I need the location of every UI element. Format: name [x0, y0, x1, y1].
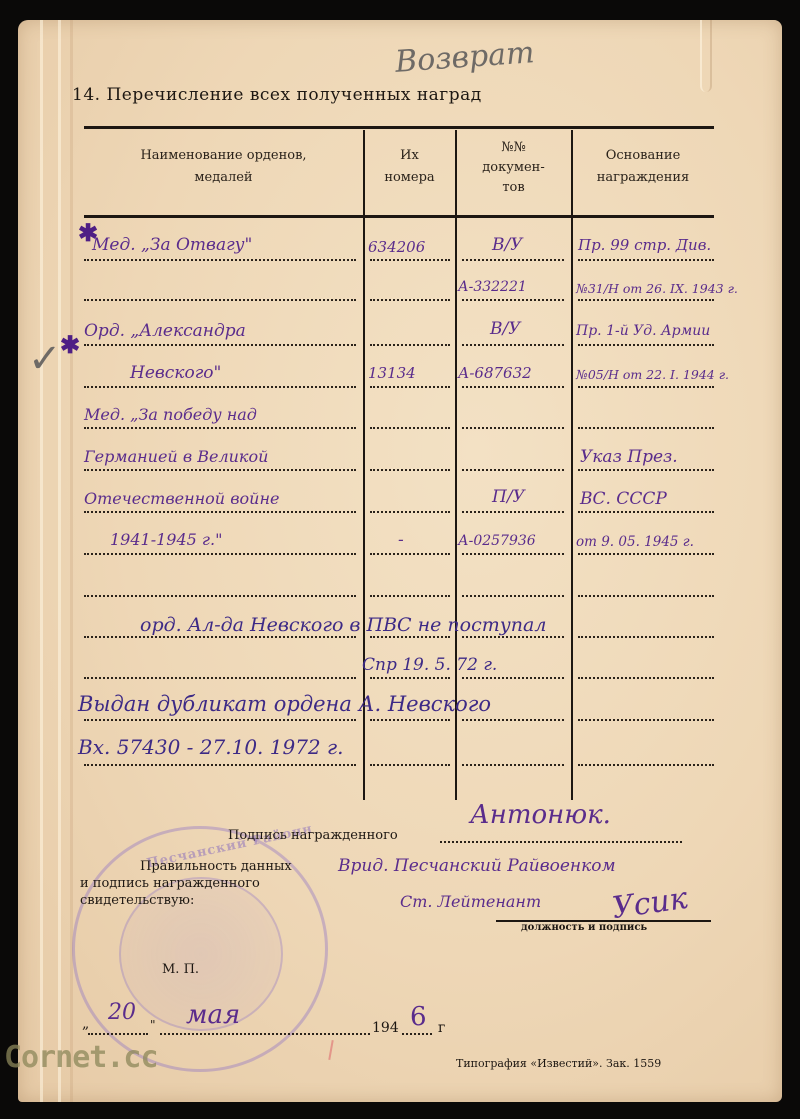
- award-document: В/У: [492, 234, 523, 256]
- award-basis: Пр. 99 стр. Див.: [578, 234, 711, 256]
- award-basis: от 9. 05. 1945 г.: [576, 531, 694, 553]
- award-basis: №05/Н от 22. I. 1944 г.: [576, 364, 729, 386]
- certifier-rank: Ст. Лейтенант: [400, 892, 541, 911]
- award-name: Орд. „Александра: [84, 320, 246, 342]
- section-title: 14. Перечисление всех полученных наград: [72, 85, 482, 105]
- header-text: №№: [456, 138, 571, 158]
- award-number: -: [398, 529, 404, 551]
- month-line: [160, 1033, 370, 1035]
- award-document: В/У: [490, 318, 521, 340]
- certifier-position: Врид. Песчанский Райвоенком: [338, 856, 616, 876]
- award-document: А-332221: [458, 276, 527, 298]
- award-name: Отечественной войне: [84, 488, 279, 510]
- award-basis: Пр. 1-й Уд. Армии: [576, 320, 710, 342]
- certification-label: Правильность данных и подпись награжденн…: [80, 858, 292, 909]
- date-day: 20: [108, 1000, 136, 1025]
- date-year-prefix: 194: [372, 1020, 399, 1036]
- signature-line: [440, 841, 682, 843]
- award-document: А-0257936: [458, 530, 536, 552]
- award-name: 1941-1945 г.": [110, 529, 222, 551]
- award-number: 634206: [368, 236, 425, 258]
- paper-fold: [58, 20, 61, 1102]
- date-month: мая: [186, 1000, 240, 1030]
- year-line: [402, 1033, 432, 1035]
- header-text: Их: [364, 145, 455, 167]
- date-quote: ": [150, 1018, 156, 1032]
- note-duplicate-issued: Выдан дубликат ордена А. Невского: [78, 693, 491, 715]
- award-name: Мед. „За победу над: [84, 404, 257, 426]
- award-basis: Указ През.: [580, 446, 678, 468]
- purple-x-mark: ✱: [60, 330, 80, 359]
- date-year-unit: г: [438, 1020, 445, 1036]
- printer-imprint: Типография «Известий». Зак. 1559: [456, 1057, 661, 1070]
- award-basis: №31/Н от 26. IX. 1943 г.: [576, 278, 738, 300]
- recipient-signature: Антонюк.: [470, 800, 611, 830]
- header-text: Наименование орденов,: [84, 145, 363, 167]
- header-text: награждения: [572, 167, 714, 189]
- stamp-place-label: М. П.: [162, 962, 199, 977]
- date-quote: „: [82, 1016, 89, 1032]
- table-top-rule: [84, 126, 714, 129]
- award-number: 13134: [368, 362, 416, 384]
- header-basis: Основание награждения: [572, 145, 714, 189]
- watermark-logo: Cornet.cc: [4, 1040, 158, 1075]
- date-year-suffix: 6: [410, 1002, 427, 1032]
- position-and-signature-caption: должность и подпись: [521, 922, 647, 933]
- award-name: Невского": [130, 362, 221, 384]
- certification-text: свидетельствую:: [80, 892, 292, 909]
- header-text: медалей: [84, 167, 363, 189]
- table-header-rule: [84, 215, 714, 218]
- header-text: номера: [364, 167, 455, 189]
- paper-fold: [40, 20, 43, 1102]
- header-award-name: Наименование орденов, медалей: [84, 145, 363, 189]
- header-text: Основание: [572, 145, 714, 167]
- header-text: докумен-: [456, 158, 571, 178]
- award-document: П/У: [492, 486, 525, 508]
- pencil-check-mark: ✓: [28, 336, 62, 382]
- award-document: А-687632: [458, 362, 532, 384]
- award-name: Мед. „За Отвагу": [92, 234, 252, 256]
- header-documents: №№ докумен- тов: [456, 138, 571, 198]
- header-numbers: Их номера: [364, 145, 455, 189]
- day-line: [88, 1033, 148, 1035]
- header-text: тов: [456, 178, 571, 198]
- award-name: Германией в Великой: [84, 446, 268, 468]
- award-basis: ВС. СССР: [580, 488, 667, 510]
- certification-text: Правильность данных: [80, 858, 292, 875]
- note-reference: Спр 19. 5. 72 г.: [362, 654, 497, 676]
- recipient-signature-label: Подпись награжденного: [228, 828, 398, 843]
- paper-crease: [700, 20, 712, 92]
- column-divider: [571, 130, 573, 800]
- note-incoming-number: Вх. 57430 - 27.10. 1972 г.: [78, 736, 343, 758]
- note-not-received: орд. Ал-да Невского в ПВС не поступал: [140, 614, 546, 636]
- certification-text: и подпись награжденного: [80, 875, 292, 892]
